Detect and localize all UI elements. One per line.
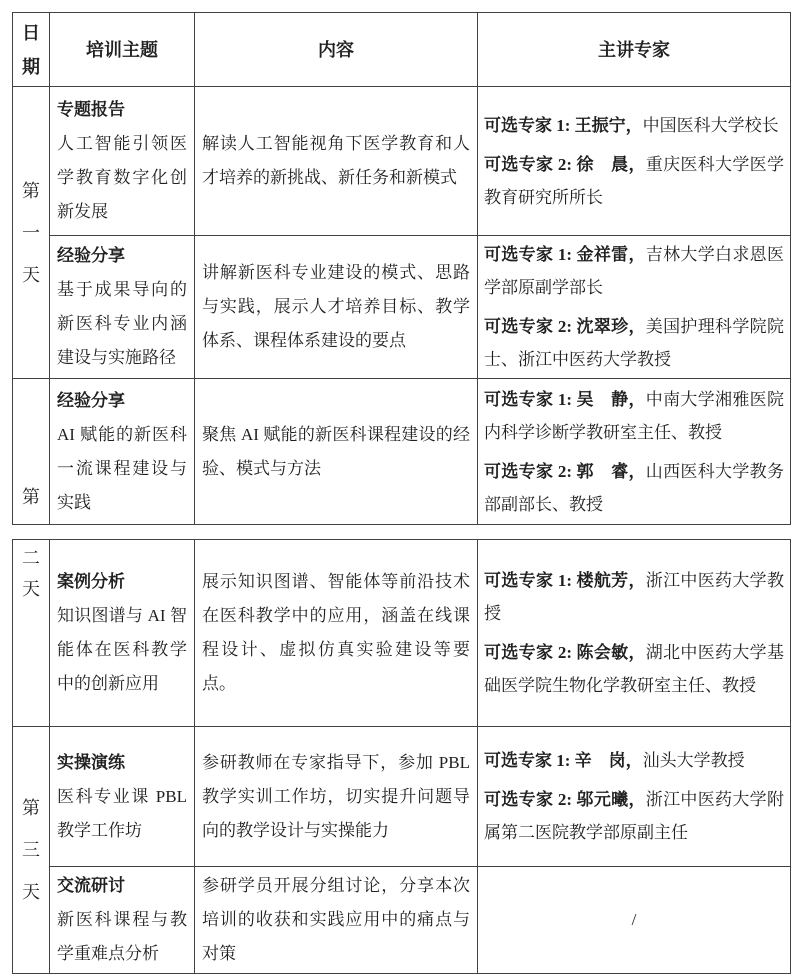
expert-entry: 可选专家 1: 辛 岗，汕头大学教授 [484, 744, 784, 777]
topic-type: 交流研讨 [57, 869, 187, 903]
experts-cell-empty: / [478, 867, 791, 974]
expert-entry: 可选专家 1: 楼航芳，浙江中医药大学教授 [484, 564, 784, 630]
expert-label: 可选专家 1: 金祥雷， [484, 245, 646, 264]
topic-type: 案例分析 [57, 565, 187, 599]
training-schedule-table-part-1: 日期 培训主题 内容 主讲专家 第一天 专题报告 人工智能引领医学教育数字化创新… [12, 12, 791, 525]
topic-desc: AI 赋能的新医科一流课程建设与实践 [57, 418, 187, 520]
table-row: 第三天 实操演练 医科专业课 PBL 教学工作坊 参研教师在专家指导下，参加 P… [13, 727, 791, 867]
header-topic: 培训主题 [50, 13, 195, 87]
topic-cell: 交流研讨 新医科课程与教学重难点分析 [50, 867, 195, 974]
expert-label: 可选专家 2: 徐 晨， [484, 155, 646, 174]
date-cell-day2-part2: 二天 [13, 540, 50, 727]
expert-entry: 可选专家 1: 金祥雷，吉林大学白求恩医学部原副学部长 [484, 238, 784, 304]
expert-entry: 可选专家 2: 郭 睿，山西医科大学教务部副部长、教授 [484, 455, 784, 521]
content-cell: 聚焦 AI 赋能的新医科课程建设的经验、模式与方法 [195, 379, 478, 525]
table-row: 第一天 专题报告 人工智能引领医学教育数字化创新发展 解读人工智能视角下医学教育… [13, 87, 791, 236]
topic-type: 经验分享 [57, 384, 187, 418]
expert-label: 可选专家 1: 王振宁， [484, 116, 643, 135]
content-cell: 讲解新医科专业建设的模式、思路与实践，展示人才培养目标、教学体系、课程体系建设的… [195, 236, 478, 379]
header-row: 日期 培训主题 内容 主讲专家 [13, 13, 791, 87]
expert-label: 可选专家 2: 陈会敏， [484, 643, 646, 662]
content-cell: 参研学员开展分组讨论，分享本次培训的收获和实践应用中的痛点与对策 [195, 867, 478, 974]
expert-affiliation: 汕头大学教授 [643, 751, 745, 770]
date-cell-day2-part1: 第 [13, 379, 50, 525]
topic-cell: 专题报告 人工智能引领医学教育数字化创新发展 [50, 87, 195, 236]
expert-entry: 可选专家 1: 吴 静，中南大学湘雅医院内科学诊断学教研室主任、教授 [484, 383, 784, 449]
expert-affiliation: 中国医科大学校长 [643, 116, 779, 135]
topic-cell: 经验分享 基于成果导向的新医科专业内涵建设与实施路径 [50, 236, 195, 379]
experts-cell: 可选专家 1: 吴 静，中南大学湘雅医院内科学诊断学教研室主任、教授 可选专家 … [478, 379, 791, 525]
content-cell: 展示知识图谱、智能体等前沿技术在医科教学中的应用，涵盖在线课程设计、虚拟仿真实验… [195, 540, 478, 727]
table-row: 二天 案例分析 知识图谱与 AI 智能体在医科教学中的创新应用 展示知识图谱、智… [13, 540, 791, 727]
date-cell-day1: 第一天 [13, 87, 50, 379]
table-row: 交流研讨 新医科课程与教学重难点分析 参研学员开展分组讨论，分享本次培训的收获和… [13, 867, 791, 974]
topic-desc: 新医科课程与教学重难点分析 [57, 903, 187, 971]
expert-entry: 可选专家 2: 邬元曦，浙江中医药大学附属第二医院教学部原副主任 [484, 783, 784, 849]
expert-label: 可选专家 2: 郭 睿， [484, 462, 646, 481]
document-page: 日期 培训主题 内容 主讲专家 第一天 专题报告 人工智能引领医学教育数字化创新… [0, 0, 800, 974]
expert-label: 可选专家 2: 沈翠珍， [484, 317, 646, 336]
topic-type: 专题报告 [57, 93, 187, 127]
content-cell: 解读人工智能视角下医学教育和人才培养的新挑战、新任务和新模式 [195, 87, 478, 236]
topic-cell: 实操演练 医科专业课 PBL 教学工作坊 [50, 727, 195, 867]
header-expert: 主讲专家 [478, 13, 791, 87]
expert-entry: 可选专家 2: 沈翠珍，美国护理科学院院士、浙江中医药大学教授 [484, 310, 784, 376]
date-cell-day3: 第三天 [13, 727, 50, 974]
experts-cell: 可选专家 1: 辛 岗，汕头大学教授 可选专家 2: 邬元曦，浙江中医药大学附属… [478, 727, 791, 867]
training-schedule-table-part-2: 二天 案例分析 知识图谱与 AI 智能体在医科教学中的创新应用 展示知识图谱、智… [12, 539, 791, 974]
topic-desc: 医科专业课 PBL 教学工作坊 [57, 780, 187, 848]
topic-desc: 人工智能引领医学教育数字化创新发展 [57, 127, 187, 229]
topic-desc: 知识图谱与 AI 智能体在医科教学中的创新应用 [57, 599, 187, 701]
topic-type: 经验分享 [57, 239, 187, 273]
experts-cell: 可选专家 1: 王振宁，中国医科大学校长 可选专家 2: 徐 晨，重庆医科大学医… [478, 87, 791, 236]
table-row: 第 经验分享 AI 赋能的新医科一流课程建设与实践 聚焦 AI 赋能的新医科课程… [13, 379, 791, 525]
topic-desc: 基于成果导向的新医科专业内涵建设与实施路径 [57, 273, 187, 375]
topic-cell: 案例分析 知识图谱与 AI 智能体在医科教学中的创新应用 [50, 540, 195, 727]
topic-cell: 经验分享 AI 赋能的新医科一流课程建设与实践 [50, 379, 195, 525]
experts-cell: 可选专家 1: 楼航芳，浙江中医药大学教授 可选专家 2: 陈会敏，湖北中医药大… [478, 540, 791, 727]
expert-entry: 可选专家 2: 陈会敏，湖北中医药大学基础医学院生物化学教研室主任、教授 [484, 636, 784, 702]
header-content: 内容 [195, 13, 478, 87]
expert-label: 可选专家 1: 楼航芳， [484, 571, 646, 590]
topic-type: 实操演练 [57, 746, 187, 780]
header-date: 日期 [13, 13, 50, 87]
expert-label: 可选专家 2: 邬元曦， [484, 790, 646, 809]
table-row: 经验分享 基于成果导向的新医科专业内涵建设与实施路径 讲解新医科专业建设的模式、… [13, 236, 791, 379]
expert-entry: 可选专家 1: 王振宁，中国医科大学校长 [484, 109, 784, 142]
expert-entry: 可选专家 2: 徐 晨，重庆医科大学医学教育研究所所长 [484, 148, 784, 214]
content-cell: 参研教师在专家指导下，参加 PBL 教学实训工作坊，切实提升问题导向的教学设计与… [195, 727, 478, 867]
expert-label: 可选专家 1: 吴 静， [484, 390, 646, 409]
experts-cell: 可选专家 1: 金祥雷，吉林大学白求恩医学部原副学部长 可选专家 2: 沈翠珍，… [478, 236, 791, 379]
expert-label: 可选专家 1: 辛 岗， [484, 751, 643, 770]
